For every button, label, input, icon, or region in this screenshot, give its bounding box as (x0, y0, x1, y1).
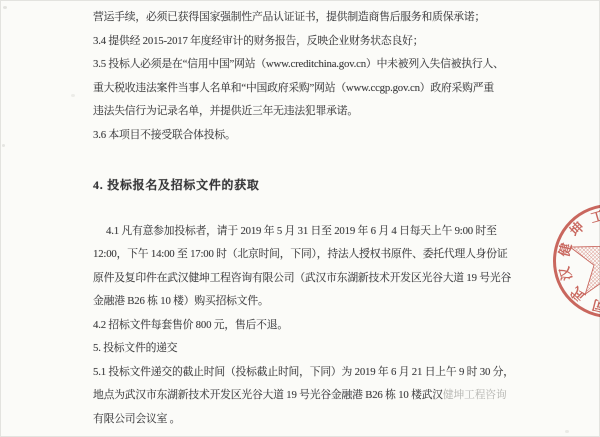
scanned-document-page: 营运手续，必须已获得国家强制性产品认证证书，提供制造商售后服务和质保承诺；3.4… (0, 0, 600, 437)
doc-line: 4.2 招标文件每套售价 800 元，售后不退。 (93, 314, 568, 338)
doc-line: 5. 投标文件的递交 (93, 337, 568, 361)
seal-char: 汉 (557, 265, 575, 283)
document-text-block: 营运手续，必须已获得国家强制性产品认证证书，提供制造商售后服务和质保承诺；3.4… (93, 6, 568, 431)
scan-speck (2, 144, 5, 147)
doc-line: 违法失信行为记录名单，并提供近三年无违法犯罪承诺。 (93, 100, 568, 124)
doc-line: 有限公司会议室 。 (93, 408, 568, 432)
doc-line: 原件及复印件在武汉健坤工程咨询有限公司（武汉市东湖新技术开发区光谷大道 19 号… (93, 267, 568, 291)
scan-speck (71, 94, 75, 97)
doc-line: 重大税收违法案件当事人名单和“中国政府采购”网站（www.ccgp.gov.cn… (93, 77, 568, 101)
text-segment: 地点为武汉市东湖新技术开发区光谷大道 19 号光谷金融港 B26 栋 10 楼武… (93, 389, 443, 401)
seal-char: 工 (589, 208, 600, 226)
doc-line: 3.6 本项目不接受联合体投标。 (93, 124, 568, 148)
doc-line: 金融港 B26 栋 10 楼）购买招标文件。 (93, 290, 568, 314)
company-seal-stamp: 武汉健坤工程咨询有限公司 (549, 200, 600, 330)
doc-line: 3.4 提供经 2015-2017 年度经审计的财务报告，反映企业财务状态良好； (93, 30, 568, 54)
doc-line: 营运手续，必须已获得国家强制性产品认证证书，提供制造商售后服务和质保承诺； (93, 6, 568, 30)
doc-line: 12:00，下午 14:00 至 17:00 时（北京时间，下同），持法人授权书… (93, 243, 568, 267)
doc-line: 地点为武汉市东湖新技术开发区光谷大道 19 号光谷金融港 B26 栋 10 楼武… (93, 384, 568, 408)
seal-char: 坤 (566, 218, 587, 239)
scan-speck (3, 6, 7, 9)
doc-line: 5.1 投标文件递交的截止时间（投标截止时间，下同）为 2019 年 6 月 2… (93, 361, 568, 385)
faded-text: 健坤工程咨询 (443, 389, 507, 401)
section-heading: 4. 投标报名及招标文件的获取 (93, 174, 568, 198)
doc-line: 4.1 凡有意参加投标者，请于 2019 年 5 月 31 日至 2019 年 … (93, 220, 568, 244)
doc-line: 3.5 投标人必须是在“信用中国”网站（www.creditchina.gov.… (93, 53, 568, 77)
